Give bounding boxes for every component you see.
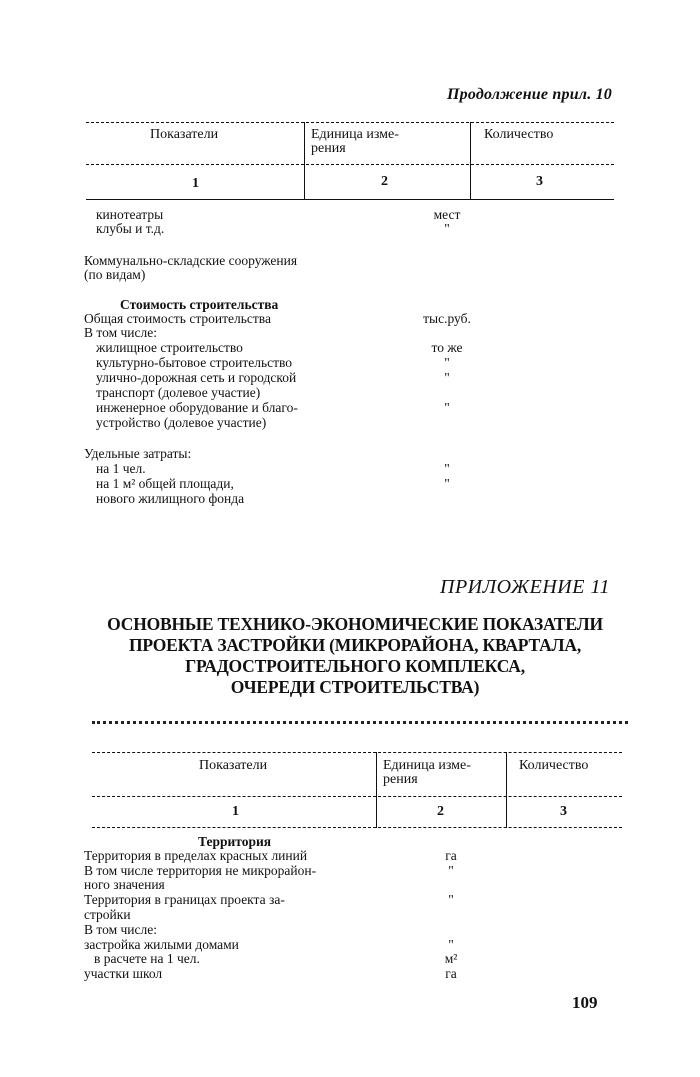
running-head: Продолжение прил. 10	[380, 86, 612, 104]
table-number-rule	[86, 199, 614, 200]
table-row-unit: га	[406, 966, 496, 981]
column-number-3: 3	[536, 174, 543, 190]
table-row-unit: "	[402, 476, 492, 491]
table-row-label: нового жилищного фонда	[96, 491, 244, 506]
table-row-label: культурно-бытовое строительство	[96, 355, 292, 370]
table-row-label: ного значения	[84, 877, 165, 892]
table-top-rule	[86, 122, 614, 123]
header-unit: Единица изме-	[383, 759, 471, 773]
table-row-label: Территория в границах проекта за-	[84, 892, 285, 907]
table-row-label: В том числе:	[84, 325, 157, 340]
column-number-2: 2	[437, 804, 444, 820]
column-divider	[376, 752, 377, 828]
table-row-label: улично-дорожная сеть и городской	[96, 370, 296, 385]
column-number-1: 1	[192, 176, 199, 192]
appendix-label: ПРИЛОЖЕНИЕ 11	[420, 576, 610, 599]
table-row-unit: "	[402, 461, 492, 476]
table-row-label: в расчете на 1 чел.	[94, 951, 200, 966]
table-number-rule	[92, 827, 622, 828]
table-row-label: Удельные затраты:	[84, 446, 191, 461]
table-row-label: кинотеатры	[96, 207, 163, 222]
table-row-unit: мест	[402, 207, 492, 222]
table-row-label: Общая стоимость строительства	[84, 311, 271, 326]
table-row-label: В том числе территория не микрорайон-	[84, 863, 316, 878]
table-row-unit: "	[406, 863, 496, 878]
column-divider	[506, 752, 507, 828]
section-heading: Стоимость строительства	[120, 297, 278, 312]
header-rule	[92, 796, 622, 797]
section-heading: Территория	[198, 834, 271, 849]
table-row-label: жилищное строительство	[96, 340, 243, 355]
table-row-unit: "	[402, 400, 492, 415]
table-row-label: на 1 м² общей площади,	[96, 476, 234, 491]
table-row-unit: га	[406, 848, 496, 863]
table-row-label: стройки	[84, 907, 131, 922]
title-line: ПРОЕКТА ЗАСТРОЙКИ (МИКРОРАЙОНА, КВАРТАЛА…	[90, 635, 620, 656]
table-row-unit: "	[402, 355, 492, 370]
header-unit: Единица изме-	[311, 128, 399, 142]
table-row-unit: "	[402, 221, 492, 236]
table-row-unit: "	[402, 370, 492, 385]
table-row-label: застройка жилыми домами	[84, 937, 239, 952]
table-row-label: на 1 чел.	[96, 461, 146, 476]
table-row-label: устройство (долевое участие)	[96, 415, 266, 430]
header-quantity: Количество	[484, 128, 553, 142]
dotted-separator	[92, 721, 628, 724]
table-row-unit: "	[406, 937, 496, 952]
column-number-2: 2	[381, 174, 388, 190]
header-unit-cont: рения	[383, 773, 418, 787]
table-row-unit: то же	[402, 340, 492, 355]
page-number: 109	[572, 993, 598, 1013]
table-row-label: клубы и т.д.	[96, 221, 164, 236]
table-row-label: Территория в пределах красных линий	[84, 848, 307, 863]
header-indicators: Показатели	[150, 128, 218, 142]
table-top-rule	[92, 752, 622, 753]
title-line: ГРАДОСТРОИТЕЛЬНОГО КОМПЛЕКСА,	[90, 656, 620, 677]
title-line: ОСНОВНЫЕ ТЕХНИКО-ЭКОНОМИЧЕСКИЕ ПОКАЗАТЕЛ…	[90, 614, 620, 635]
header-quantity: Количество	[519, 759, 588, 773]
column-number-1: 1	[232, 804, 239, 820]
column-divider	[304, 122, 305, 200]
header-rule	[86, 164, 614, 165]
appendix-title: ОСНОВНЫЕ ТЕХНИКО-ЭКОНОМИЧЕСКИЕ ПОКАЗАТЕЛ…	[90, 614, 620, 698]
table-row-label: В том числе:	[84, 922, 157, 937]
header-unit-cont: рения	[311, 142, 346, 156]
table-row-label: Коммунально-складские сооружения	[84, 253, 297, 268]
column-divider	[470, 122, 471, 200]
table-row-unit: м²	[406, 951, 496, 966]
title-line: ОЧЕРЕДИ СТРОИТЕЛЬСТВА)	[90, 677, 620, 698]
table-row-label: инженерное оборудование и благо-	[96, 400, 298, 415]
column-number-3: 3	[560, 804, 567, 820]
table-row-unit: тыс.руб.	[402, 311, 492, 326]
table-row-label: участки школ	[84, 966, 162, 981]
table-row-unit: "	[406, 892, 496, 907]
table-row-label: транспорт (долевое участие)	[96, 385, 260, 400]
header-indicators: Показатели	[199, 759, 267, 773]
table-row-label: (по видам)	[84, 267, 145, 282]
